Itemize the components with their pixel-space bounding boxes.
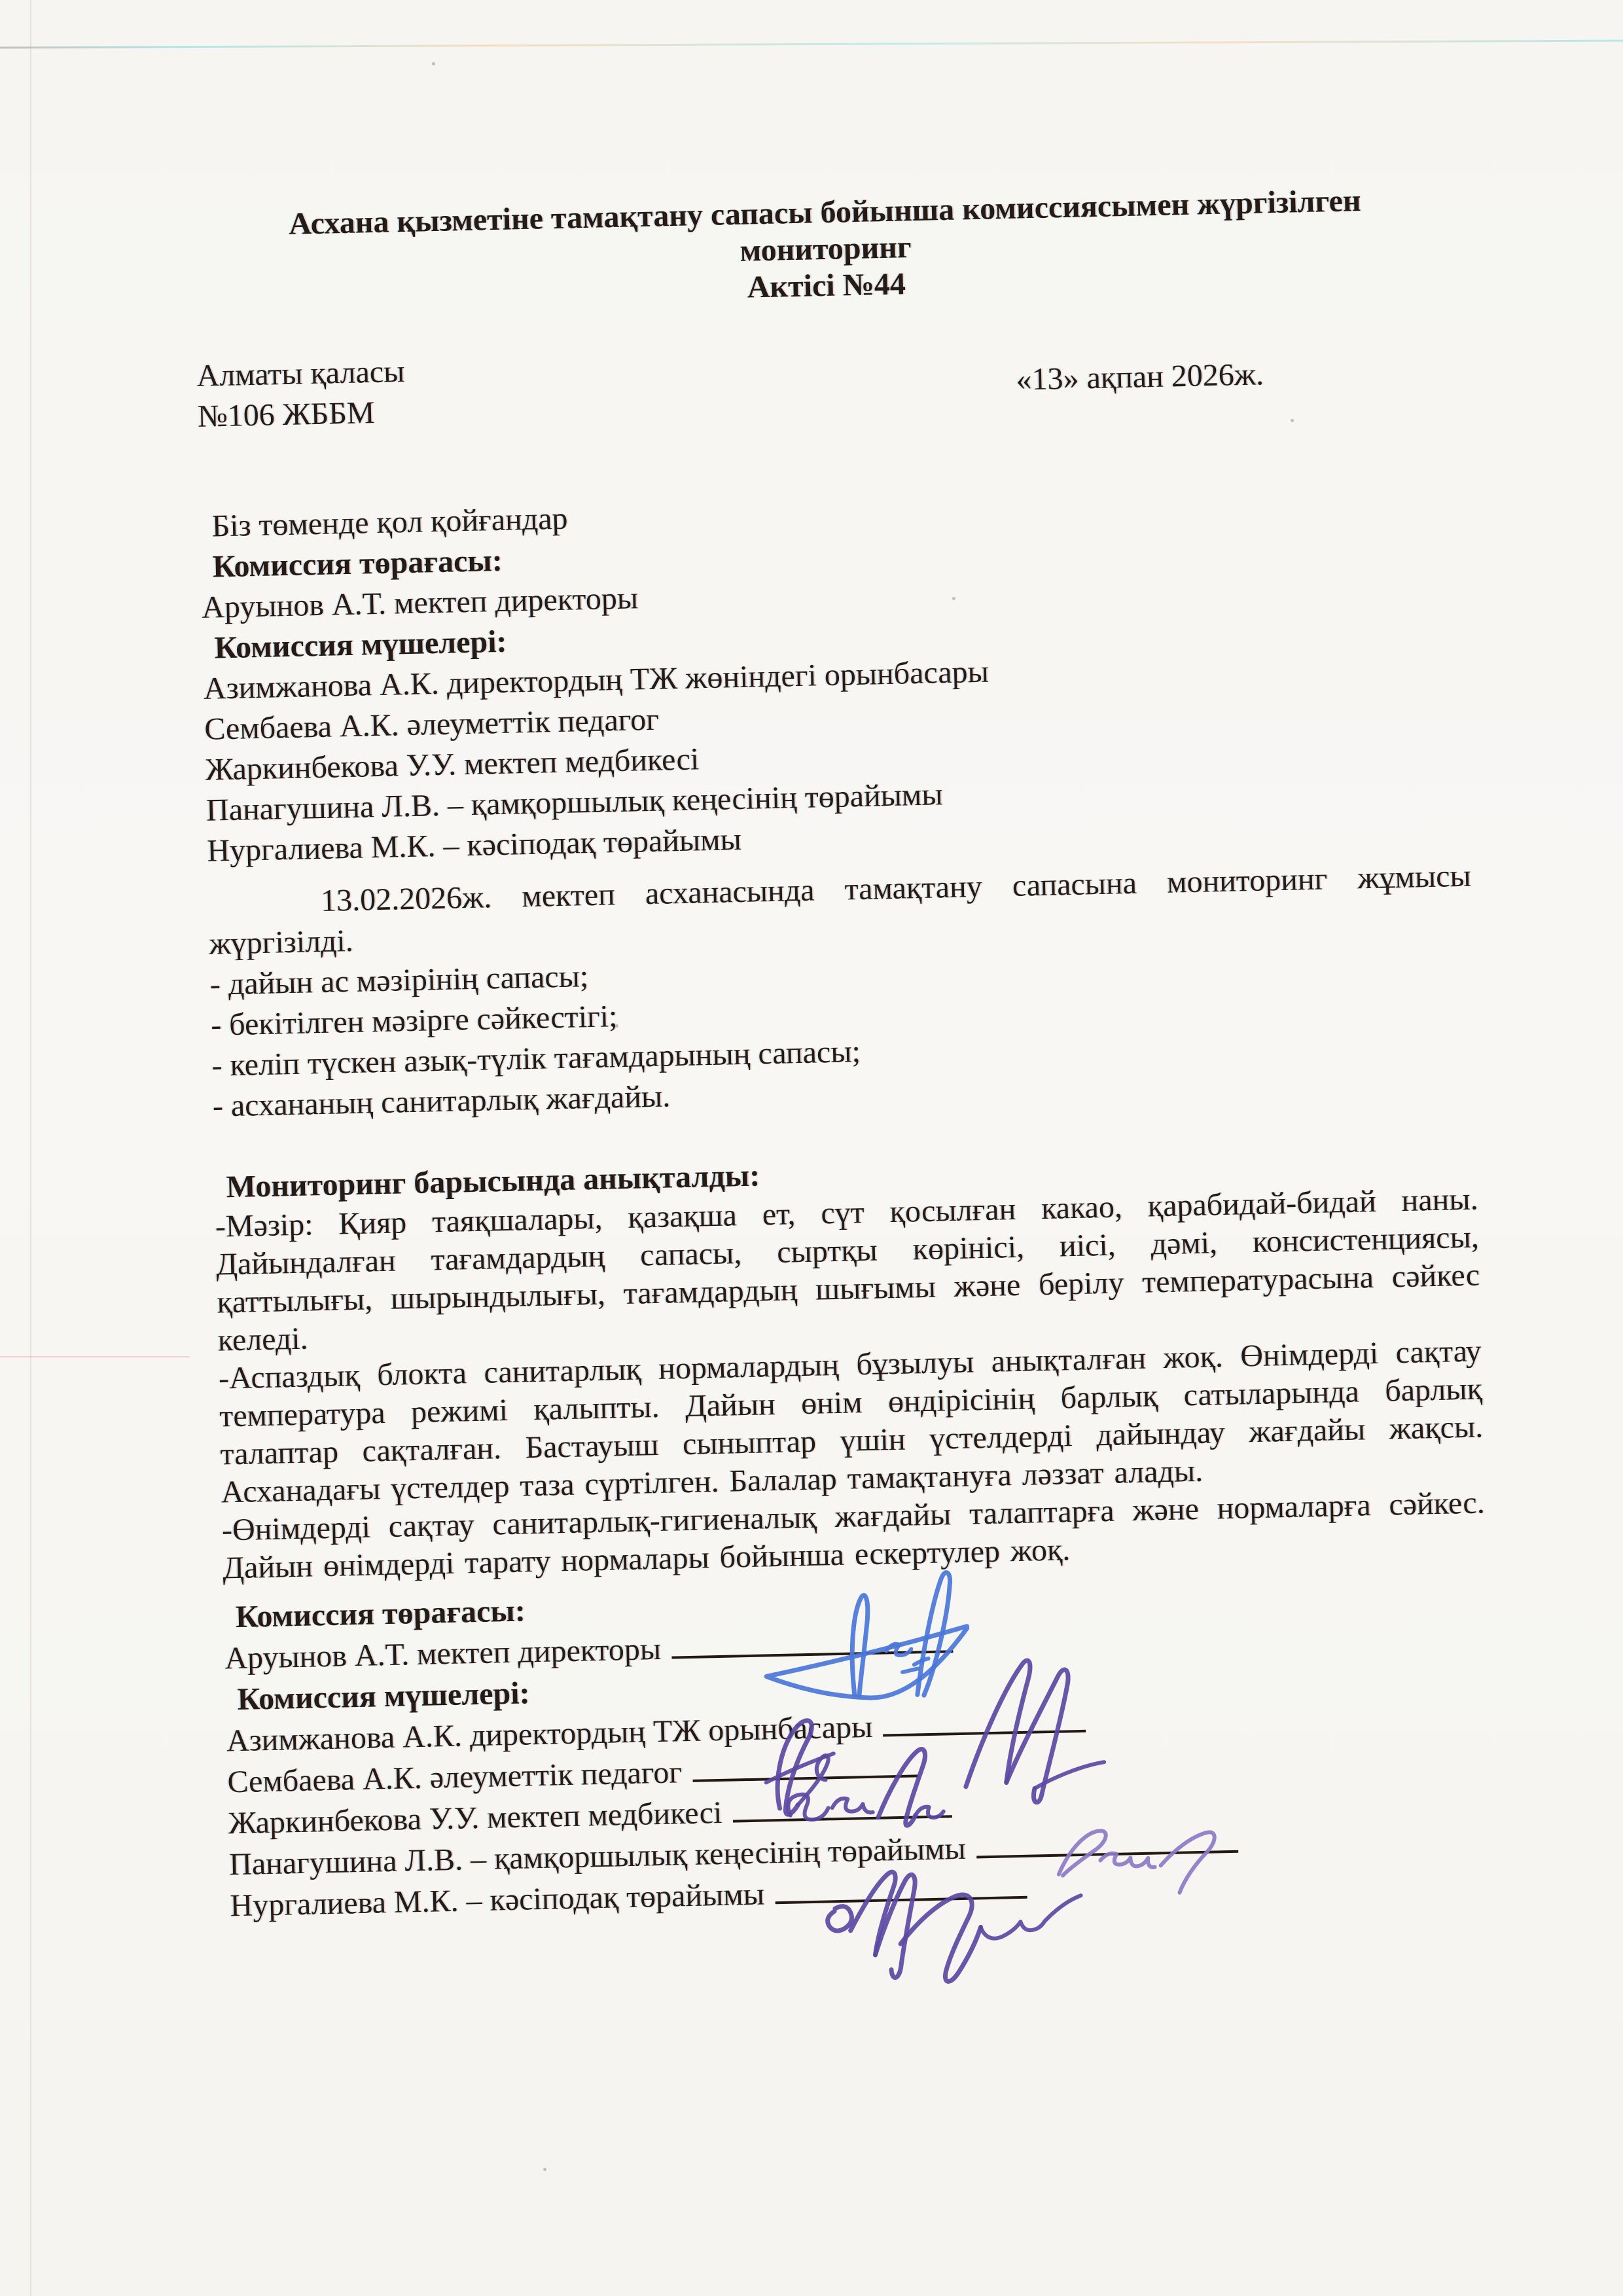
signature-line: [883, 1723, 1086, 1737]
signature-label: Нургалиева М.К. – кәсіподақ төрайымы: [230, 1877, 764, 1924]
scan-speck: [432, 62, 435, 65]
signature-nurgalieva-autograph-icon: [815, 1862, 1119, 1986]
signature-label: Сембаева А.К. әлеуметтік педагог: [227, 1755, 683, 1799]
signature-label: Жаркинбекова У.У. мектеп медбикесі: [228, 1795, 722, 1840]
scan-speck: [543, 2168, 546, 2171]
findings-paragraph-2: -Аспаздық блокта санитарлық нормалардың …: [218, 1332, 1484, 1511]
findings-paragraph-1: -Мәзір: Қияр таяқшалары, қазақша ет, сүт…: [215, 1181, 1481, 1360]
scanner-edge-artifact: [0, 40, 1623, 49]
scanned-document-page: Асхана қызметіне тамақтану сапасы бойынш…: [0, 0, 1623, 2296]
scan-streak: [0, 1356, 190, 1357]
signature-block: Комиссия төрағасы: Аруынов А.Т. мектеп д…: [223, 1569, 1493, 1926]
signature-line: [671, 1643, 953, 1659]
signature-line: [732, 1808, 952, 1822]
paper-crease: [30, 0, 31, 2296]
signature-label: Аруынов А.Т. мектеп директоры: [224, 1632, 662, 1676]
date-line: «13» ақпан 2026ж.: [1016, 356, 1264, 397]
document-body: Асхана қызметіне тамақтану сапасы бойынш…: [193, 181, 1493, 1926]
signature-line: [775, 1890, 1027, 1904]
signature-line: [692, 1768, 918, 1782]
signature-line: [976, 1844, 1238, 1859]
header-meta: Алматы қаласы №106 ЖББМ «13» ақпан 2026ж…: [196, 329, 1461, 437]
